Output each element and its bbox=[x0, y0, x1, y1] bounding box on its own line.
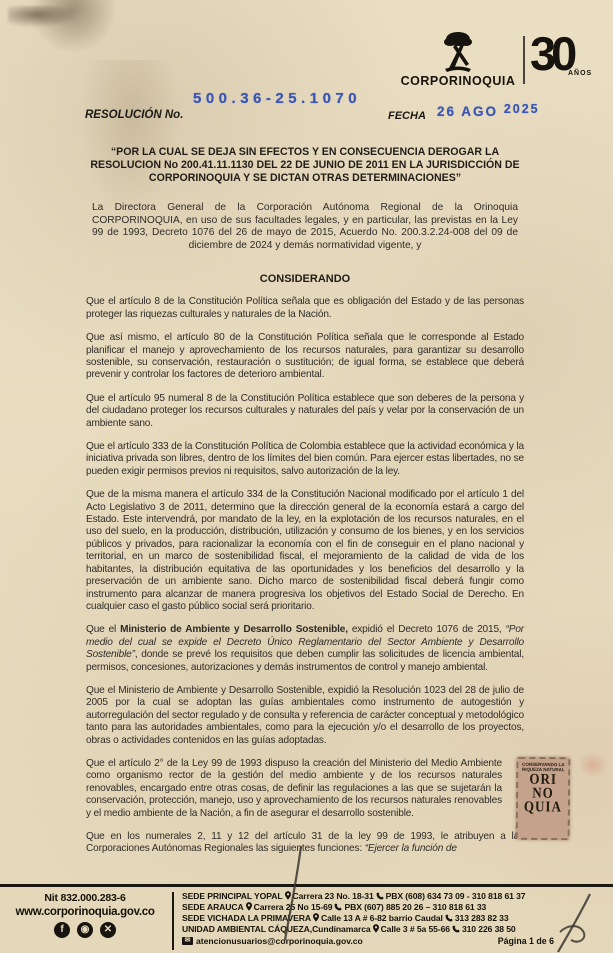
footer: Nit 832.000.283-6 www.corporinoquia.gov.… bbox=[0, 890, 613, 953]
instagram-icon: ◉ bbox=[77, 922, 93, 938]
paper-stain bbox=[8, 6, 78, 28]
paragraph: Que de la misma manera el artículo 334 d… bbox=[86, 489, 524, 613]
location-pin-icon bbox=[285, 891, 291, 902]
document-page: CORPORINOQUIA 30 AÑOS RESOLUCIÓN No. 500… bbox=[0, 0, 613, 953]
resolution-label: RESOLUCIÓN No. bbox=[85, 109, 183, 121]
location-pin-icon bbox=[313, 913, 319, 924]
corporinoquia-logo: CORPORINOQUIA bbox=[398, 28, 518, 88]
x-icon: ✕ bbox=[100, 922, 116, 938]
document-body: “POR LA CUAL SE DEJA SIN EFECTOS Y EN CO… bbox=[86, 146, 524, 867]
paragraph: Que el artículo 2° de la Ley 99 de 1993 … bbox=[86, 758, 502, 820]
paragraph: Que así mismo, el artículo 80 de la Cons… bbox=[86, 332, 524, 382]
paragraph: Que el artículo 95 numeral 8 de la Const… bbox=[86, 393, 524, 430]
sede-line: SEDE ARAUCACarrera 25 No 15-69PBX (607) … bbox=[182, 902, 607, 913]
phone-icon bbox=[445, 913, 453, 924]
document-title: “POR LA CUAL SE DEJA SIN EFECTOS Y EN CO… bbox=[90, 146, 520, 185]
resolution-number-stamp: 500.36-25.1070 bbox=[193, 90, 361, 107]
date-day: 26 bbox=[437, 104, 456, 119]
anniversary-30-logo: 30 AÑOS bbox=[530, 30, 600, 78]
sede-list: SEDE PRINCIPAL YOPALCarrera 23 No. 18-31… bbox=[182, 891, 607, 935]
mail-icon: ✉ bbox=[182, 937, 193, 945]
phone-icon bbox=[334, 902, 342, 913]
anniversary-number: 30 bbox=[530, 27, 572, 80]
nit-number: Nit 832.000.283-6 bbox=[0, 892, 170, 904]
footer-divider-line bbox=[0, 884, 613, 887]
email-address: atencionusuarios@corporinoquia.gov.co bbox=[196, 935, 363, 947]
paragraph: Que el Ministerio de Ambiente y Desarrol… bbox=[86, 685, 524, 747]
footer-vertical-divider bbox=[172, 892, 174, 950]
document-intro: La Directora General de la Corporación A… bbox=[92, 202, 518, 252]
email-row: ✉ atencionusuarios@corporinoquia.gov.co … bbox=[182, 935, 582, 947]
date-month: AGO bbox=[461, 104, 498, 119]
facebook-icon: f bbox=[54, 922, 70, 938]
paragraphs: Que el artículo 8 de la Constitución Pol… bbox=[86, 296, 524, 855]
paper-smudge bbox=[578, 752, 608, 778]
anniversary-label: AÑOS bbox=[568, 70, 592, 77]
considerando-heading: CONSIDERANDO bbox=[86, 273, 524, 285]
sede-line: SEDE PRINCIPAL YOPALCarrera 23 No. 18-31… bbox=[182, 891, 607, 902]
paragraph: Que el Ministerio de Ambiente y Desarrol… bbox=[86, 624, 524, 674]
sede-line: UNIDAD AMBIENTAL CÁQUEZA,CundinamarcaCal… bbox=[182, 924, 607, 935]
location-pin-icon bbox=[373, 924, 379, 935]
phone-icon bbox=[452, 924, 460, 935]
date-stamp: 26 AGO 2025 bbox=[437, 104, 540, 119]
footer-left: Nit 832.000.283-6 www.corporinoquia.gov.… bbox=[0, 892, 170, 938]
date-label: FECHA bbox=[388, 110, 426, 122]
social-icons: f◉✕ bbox=[0, 922, 170, 938]
page-number: Página 1 de 6 bbox=[498, 935, 582, 947]
footer-offices: SEDE PRINCIPAL YOPALCarrera 23 No. 18-31… bbox=[182, 891, 607, 947]
sticker-main-text: ORI NO QUIA bbox=[518, 772, 568, 814]
website-url: www.corporinoquia.gov.co bbox=[0, 906, 170, 918]
brand-name: CORPORINOQUIA bbox=[398, 74, 518, 88]
paragraph: Que el artículo 8 de la Constitución Pol… bbox=[86, 296, 524, 321]
logo-divider bbox=[523, 36, 525, 84]
stamp-sticker: CONSERVANDO LA RIQUEZA NATURAL ORI NO QU… bbox=[516, 757, 571, 840]
sede-line: SEDE VICHADA LA PRIMAVERACalle 13 A # 6-… bbox=[182, 913, 607, 924]
paragraph: Que el artículo 333 de la Constitución P… bbox=[86, 441, 524, 478]
tree-icon bbox=[435, 28, 481, 74]
location-pin-icon bbox=[246, 902, 252, 913]
paragraph: Que en los numerales 2, 11 y 12 del artí… bbox=[86, 831, 524, 856]
phone-icon bbox=[376, 891, 384, 902]
date-year: 2025 bbox=[504, 102, 540, 116]
